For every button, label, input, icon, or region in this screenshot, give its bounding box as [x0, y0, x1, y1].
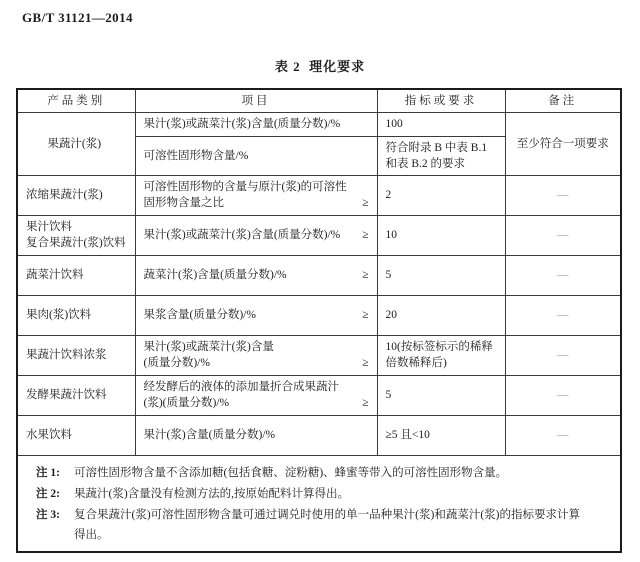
indicator-cell: 5 [377, 255, 505, 295]
note-3-label: 注 3: [36, 505, 60, 525]
item-text: 经发酵后的液体的添加量折合成果蔬汁 (浆)(质量分数)/% [144, 379, 340, 411]
item-cell: 果汁(浆)含量(质量分数)/% [135, 415, 377, 455]
item-cell: 果汁(浆)或蔬菜汁(浆)含量(质量分数)/%≥ [135, 215, 377, 255]
item-cell: 可溶性固形物的含量与原汁(浆)的可溶性 固形物含量之比≥ [135, 175, 377, 215]
product-cell: 发酵果蔬汁饮料 [17, 375, 135, 415]
table-row: 果蔬汁(浆) 果汁(浆)或蔬菜汁(浆)含量(质量分数)/% 100 至少符合一项… [17, 112, 621, 136]
item-cell: 可溶性固形物含量/% [135, 136, 377, 175]
remark-cell: — [505, 295, 621, 335]
item-text: 果汁(浆)或蔬菜汁(浆)含量 (质量分数)/% [144, 339, 274, 371]
remark-cell: — [505, 255, 621, 295]
note-3: 注 3:复合果蔬汁(浆)可溶性固形物含量可通过调兑时使用的单一品种果汁(浆)和蔬… [36, 505, 610, 545]
item-text: 可溶性固形物的含量与原汁(浆)的可溶性 固形物含量之比 [144, 179, 347, 211]
notes-cell: 注 1:可溶性固形物含量不含添加糖(包括食糖、淀粉糖)、蜂蜜等带入的可溶性固形物… [17, 455, 621, 552]
item-cell: 蔬菜汁(浆)含量(质量分数)/%≥ [135, 255, 377, 295]
note-2-text: 果蔬汁(浆)含量没有检测方法的,按原始配料计算得出。 [74, 488, 349, 500]
gte-symbol: ≥ [362, 195, 368, 211]
item-text: 果汁(浆)或蔬菜汁(浆)含量(质量分数)/% [144, 227, 341, 243]
product-cell: 果蔬汁饮料浓浆 [17, 335, 135, 375]
product-cell: 浓缩果蔬汁(浆) [17, 175, 135, 215]
item-text: 果汁(浆)含量(质量分数)/% [144, 427, 276, 443]
indicator-cell: 10(按标签标示的稀释 倍数稀释后) [377, 335, 505, 375]
note-2-label: 注 2: [36, 484, 60, 504]
remark-cell: — [505, 375, 621, 415]
col-header-remark: 备注 [505, 89, 621, 112]
indicator-cell: 2 [377, 175, 505, 215]
item-text: 果汁(浆)或蔬菜汁(浆)含量(质量分数)/% [144, 116, 341, 132]
indicator-cell: 10 [377, 215, 505, 255]
gte-symbol: ≥ [362, 395, 368, 411]
indicator-cell: 20 [377, 295, 505, 335]
table-row: 水果饮料 果汁(浆)含量(质量分数)/% ≥5 且<10 — [17, 415, 621, 455]
item-cell: 经发酵后的液体的添加量折合成果蔬汁 (浆)(质量分数)/%≥ [135, 375, 377, 415]
note-3-text: 复合果蔬汁(浆)可溶性固形物含量可通过调兑时使用的单一品种果汁(浆)和蔬菜汁(浆… [74, 509, 580, 541]
product-cell: 水果饮料 [17, 415, 135, 455]
note-1-label: 注 1: [36, 463, 60, 483]
gte-symbol: ≥ [362, 355, 368, 371]
dash: — [557, 189, 569, 201]
indicator-cell: 符合附录 B 中表 B.1 和表 B.2 的要求 [377, 136, 505, 175]
indicator-cell: 5 [377, 375, 505, 415]
item-text: 蔬菜汁(浆)含量(质量分数)/% [144, 267, 287, 283]
item-text: 果浆含量(质量分数)/% [144, 307, 256, 323]
indicator-cell: ≥5 且<10 [377, 415, 505, 455]
note-2: 注 2:果蔬汁(浆)含量没有检测方法的,按原始配料计算得出。 [36, 484, 610, 504]
product-cell: 蔬菜汁饮料 [17, 255, 135, 295]
gte-symbol: ≥ [362, 307, 368, 323]
table-row: 果肉(浆)饮料 果浆含量(质量分数)/%≥ 20 — [17, 295, 621, 335]
remark-cell: — [505, 415, 621, 455]
notes-row: 注 1:可溶性固形物含量不含添加糖(包括食糖、淀粉糖)、蜂蜜等带入的可溶性固形物… [17, 455, 621, 552]
col-header-product: 产品类别 [17, 89, 135, 112]
dash: — [557, 429, 569, 441]
item-text: 可溶性固形物含量/% [144, 148, 249, 164]
dash: — [557, 269, 569, 281]
table-row: 蔬菜汁饮料 蔬菜汁(浆)含量(质量分数)/%≥ 5 — [17, 255, 621, 295]
dash: — [557, 389, 569, 401]
note-1-text: 可溶性固形物含量不含添加糖(包括食糖、淀粉糖)、蜂蜜等带入的可溶性固形物含量。 [74, 467, 507, 479]
dash: — [557, 229, 569, 241]
remark-cell: 至少符合一项要求 [505, 112, 621, 175]
remark-cell: — [505, 175, 621, 215]
requirements-table: 产品类别 项目 指标或要求 备注 果蔬汁(浆) 果汁(浆)或蔬菜汁(浆)含量(质… [16, 88, 622, 553]
product-cell: 果蔬汁(浆) [17, 112, 135, 175]
product-cell: 果汁饮料 复合果蔬汁(浆)饮料 [17, 215, 135, 255]
product-cell: 果肉(浆)饮料 [17, 295, 135, 335]
note-1: 注 1:可溶性固形物含量不含添加糖(包括食糖、淀粉糖)、蜂蜜等带入的可溶性固形物… [36, 463, 610, 483]
item-cell: 果汁(浆)或蔬菜汁(浆)含量 (质量分数)/%≥ [135, 335, 377, 375]
remark-cell: — [505, 215, 621, 255]
table-row: 浓缩果蔬汁(浆) 可溶性固形物的含量与原汁(浆)的可溶性 固形物含量之比≥ 2 … [17, 175, 621, 215]
header-row: 产品类别 项目 指标或要求 备注 [17, 89, 621, 112]
col-header-item: 项目 [135, 89, 377, 112]
dash: — [557, 349, 569, 361]
gte-symbol: ≥ [362, 267, 368, 283]
indicator-cell: 100 [377, 112, 505, 136]
remark-cell: — [505, 335, 621, 375]
table-row: 果汁饮料 复合果蔬汁(浆)饮料 果汁(浆)或蔬菜汁(浆)含量(质量分数)/%≥ … [17, 215, 621, 255]
table-row: 发酵果蔬汁饮料 经发酵后的液体的添加量折合成果蔬汁 (浆)(质量分数)/%≥ 5… [17, 375, 621, 415]
gte-symbol: ≥ [362, 227, 368, 243]
item-cell: 果浆含量(质量分数)/%≥ [135, 295, 377, 335]
col-header-indicator: 指标或要求 [377, 89, 505, 112]
item-cell: 果汁(浆)或蔬菜汁(浆)含量(质量分数)/% [135, 112, 377, 136]
doc-number: GB/T 31121—2014 [22, 10, 133, 26]
table-caption: 表 2 理化要求 [0, 56, 640, 75]
dash: — [557, 309, 569, 321]
document-page: { "page": { "doc_number": "GB/T 31121—20… [0, 0, 640, 562]
table-row: 果蔬汁饮料浓浆 果汁(浆)或蔬菜汁(浆)含量 (质量分数)/%≥ 10(按标签标… [17, 335, 621, 375]
